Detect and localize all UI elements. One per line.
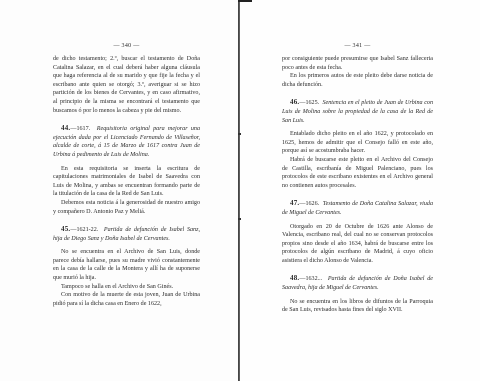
book-spread: — 340 — de dicho testamento; 2.º, buscar…: [0, 0, 480, 381]
entry-date: —1617.: [70, 126, 90, 132]
page-number-left: — 340 —: [53, 43, 200, 49]
entry-paragraph: Con motivo de la muerte de esta joven, J…: [53, 291, 200, 308]
entry-heading-47: 47.—1626. Testamento de Doña Catalina Sa…: [282, 199, 433, 217]
page-number-right: — 341 —: [282, 43, 433, 49]
entry-date: —1632...: [299, 276, 322, 282]
entry-paragraph: Habrá de buscarse este pleito en el Arch…: [282, 156, 433, 190]
gutter-mark: [238, 218, 241, 220]
continuation-paragraph: En los primeros autos de este pleito deb…: [282, 72, 433, 89]
entry-paragraph: Debemos esta noticia á la generosidad de…: [53, 199, 200, 216]
gutter-corner: [238, 0, 252, 2]
right-page-text: por consiguiente puede presumirse que Is…: [282, 55, 433, 315]
entry-date: —1621-22.: [70, 227, 98, 233]
book-gutter: [238, 0, 240, 381]
left-page-text: de dicho testamento; 2.º, buscar el test…: [53, 55, 200, 308]
entry-heading-44: 44.—1617. Requisitoria original para mej…: [53, 124, 200, 159]
entry-paragraph: No se encuentra en el Archivo de San Lui…: [53, 248, 200, 282]
entry-date: —1626.: [299, 201, 319, 207]
gutter-mark: [238, 133, 241, 135]
entry-heading-46: 46.—1625. Sentencia en el pleito de Juan…: [282, 98, 433, 125]
entry-date: —1625.: [299, 100, 319, 106]
entry-paragraph: En esta requisitoria se inserta la escri…: [53, 165, 200, 199]
entry-number: 47.: [290, 199, 299, 207]
entry-paragraph: No se encuentra en los libros de difunto…: [282, 298, 433, 315]
entry-number: 44.: [61, 124, 70, 132]
entry-number: 45.: [61, 225, 70, 233]
entry-heading-45: 45.—1621-22. Partida de defunción de Isa…: [53, 225, 200, 243]
entry-paragraph: Entablado dicho pleito en el año 1622, y…: [282, 130, 433, 156]
entry-paragraph: Otorgado en 20 de Octubre de 1626 ante A…: [282, 223, 433, 266]
entry-heading-48: 48.—1632... Partida de defunción de Doña…: [282, 274, 433, 292]
entry-number: 46.: [290, 98, 299, 106]
continuation-paragraph: por consiguiente puede presumirse que Is…: [282, 55, 433, 72]
entry-paragraph: Tampoco se halla en el Archivo de San Gi…: [53, 283, 200, 292]
continuation-paragraph: de dicho testamento; 2.º, buscar el test…: [53, 55, 200, 115]
entry-number: 48.: [290, 274, 299, 282]
